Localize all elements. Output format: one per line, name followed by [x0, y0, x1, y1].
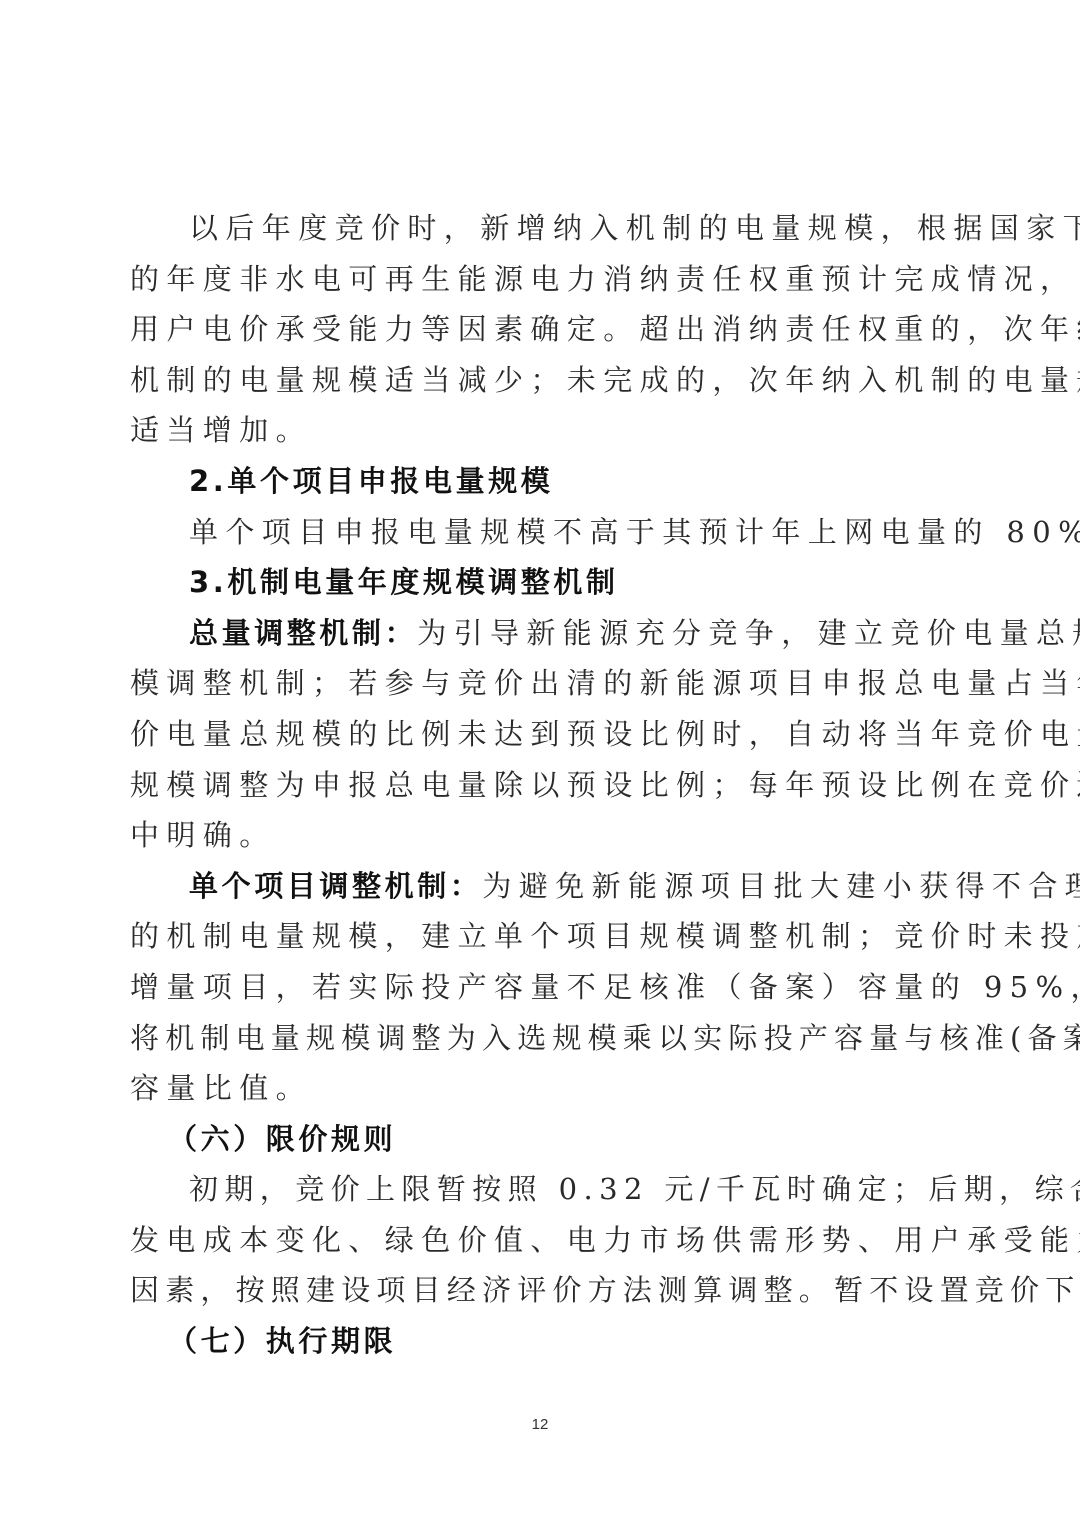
- text-line: 单个项目调整机制：为避免新能源项目批大建小获得不合理: [130, 861, 948, 912]
- text-line: 将机制电量规模调整为入选规模乘以实际投产容量与核准(备案): [130, 1013, 948, 1064]
- text-span: 为引导新能源充分竞争，建立竞价电量总规: [417, 616, 1080, 650]
- page-number: 12: [0, 1416, 1080, 1433]
- text-span: 为避免新能源项目批大建小获得不合理: [482, 869, 1080, 903]
- paragraph-annual-bidding: 以后年度竞价时，新增纳入机制的电量规模，根据国家下达 的年度非水电可再生能源电力…: [130, 203, 948, 456]
- section-heading-7: （七）执行期限: [130, 1316, 948, 1367]
- text-line: 模调整机制；若参与竞价出清的新能源项目申报总电量占当年竞: [130, 658, 948, 709]
- text-line: 用户电价承受能力等因素确定。超出消纳责任权重的，次年纳入: [130, 304, 948, 355]
- text-line: 发电成本变化、绿色价值、电力市场供需形势、用户承受能力等: [130, 1215, 948, 1266]
- text-line: 规模调整为申报总电量除以预设比例；每年预设比例在竞价通知: [130, 760, 948, 811]
- paragraph-price-limit: 初期，竞价上限暂按照 0.32 元/千瓦时确定；后期，综合考虑 发电成本变化、绿…: [130, 1164, 948, 1316]
- text-line: 初期，竞价上限暂按照 0.32 元/千瓦时确定；后期，综合考虑: [130, 1164, 948, 1215]
- paragraph-lead-label: 总量调整机制：: [189, 616, 417, 650]
- text-line: 因素，按照建设项目经济评价方法测算调整。暂不设置竞价下限。: [130, 1265, 948, 1316]
- text-line: 机制的电量规模适当减少；未完成的，次年纳入机制的电量规模: [130, 355, 948, 406]
- text-line: 价电量总规模的比例未达到预设比例时，自动将当年竞价电量总: [130, 709, 948, 760]
- text-line: 的年度非水电可再生能源电力消纳责任权重预计完成情况，以及: [130, 254, 948, 305]
- text-line: 的机制电量规模，建立单个项目规模调整机制；竞价时未投产的: [130, 911, 948, 962]
- text-line: 以后年度竞价时，新增纳入机制的电量规模，根据国家下达: [130, 203, 948, 254]
- text-line: 单个项目申报电量规模不高于其预计年上网电量的 80%。: [130, 507, 948, 558]
- text-line: 总量调整机制：为引导新能源充分竞争，建立竞价电量总规: [130, 608, 948, 659]
- paragraph-single-adjustment: 单个项目调整机制：为避免新能源项目批大建小获得不合理 的机制电量规模，建立单个项…: [130, 861, 948, 1114]
- text-line: 中明确。: [130, 810, 948, 861]
- section-heading-6: （六）限价规则: [130, 1114, 948, 1165]
- section-heading-3: 3.机制电量年度规模调整机制: [130, 557, 948, 608]
- text-line: 增量项目，若实际投产容量不足核准（备案）容量的 95%，自动: [130, 962, 948, 1013]
- text-line: 适当增加。: [130, 405, 948, 456]
- paragraph-lead-label: 单个项目调整机制：: [189, 869, 482, 903]
- text-line: 容量比值。: [130, 1063, 948, 1114]
- paragraph-total-adjustment: 总量调整机制：为引导新能源充分竞争，建立竞价电量总规 模调整机制；若参与竞价出清…: [130, 608, 948, 861]
- document-page: 以后年度竞价时，新增纳入机制的电量规模，根据国家下达 的年度非水电可再生能源电力…: [130, 203, 948, 1367]
- section-heading-2: 2.单个项目申报电量规模: [130, 456, 948, 507]
